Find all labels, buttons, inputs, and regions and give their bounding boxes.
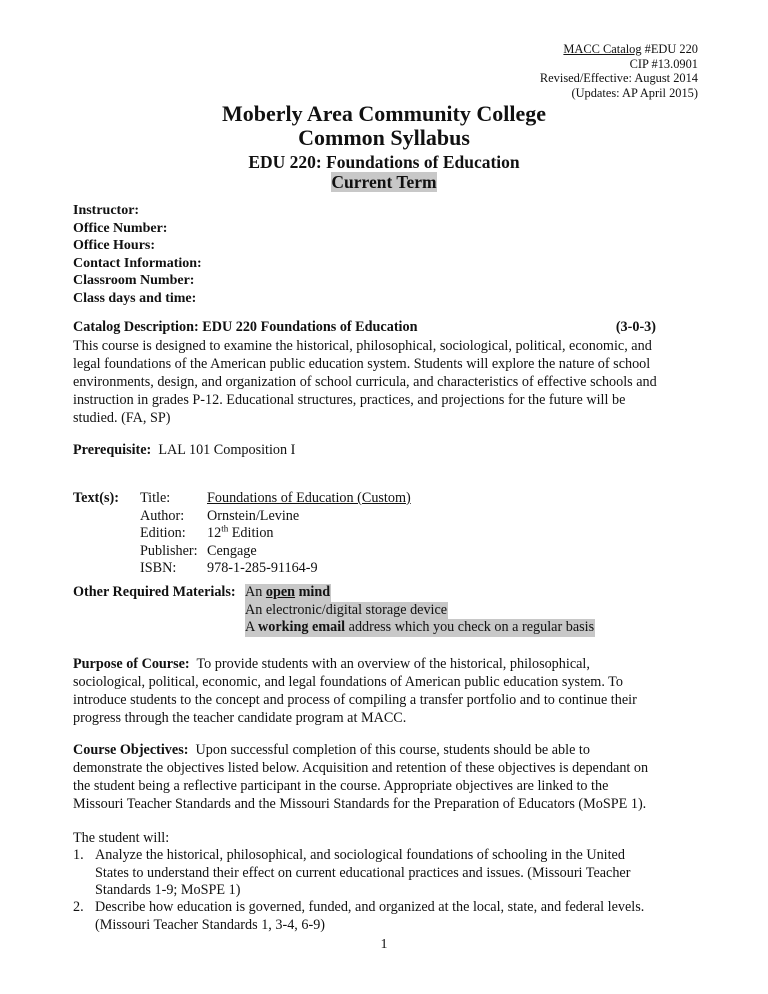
instructor-fields: Instructor: Office Number: Office Hours:…: [73, 202, 202, 307]
revised-date: Revised/Effective: August 2014: [540, 71, 698, 86]
emphasis-mind: mind: [295, 584, 330, 600]
text-line: progress through the teacher candidate p…: [73, 709, 698, 727]
text-line: studied. (FA, SP): [73, 409, 698, 427]
texts-label: Text(s):: [73, 490, 119, 508]
college-name: Moberly Area Community College: [0, 102, 768, 126]
course-objectives: Course Objectives: Upon successful compl…: [73, 741, 698, 813]
row-key: Publisher:: [140, 543, 198, 561]
text-fragment: To provide students with an overview of …: [190, 656, 590, 672]
field-classroom-number: Classroom Number:: [73, 272, 202, 290]
text-line: sociological, political, economic, and l…: [73, 673, 698, 691]
textbook-title: Foundations of Education (Custom): [207, 490, 411, 508]
text-fragment: An: [245, 584, 266, 600]
header-meta: MACC Catalog #EDU 220 CIP #13.0901 Revis…: [540, 42, 698, 100]
row-key: Author:: [140, 508, 184, 526]
current-term: Current Term: [331, 172, 436, 192]
cip-code: CIP #13.0901: [540, 57, 698, 72]
text-line: the student being a reflective participa…: [73, 777, 698, 795]
objective-text: Analyze the historical, philosophical, a…: [95, 847, 630, 900]
document-type: Common Syllabus: [0, 126, 768, 150]
text-line: Describe how education is governed, fund…: [95, 899, 644, 917]
catalog-number: #EDU 220: [642, 42, 698, 56]
text-fragment: Upon successful completion of this cours…: [188, 742, 590, 758]
text-line: Analyze the historical, philosophical, a…: [95, 847, 630, 865]
text-line: introduce students to the concept and pr…: [73, 691, 698, 709]
text-fragment: address which you check on a regular bas…: [345, 619, 594, 635]
text-line: States to understand their effect on cur…: [95, 865, 630, 883]
textbook-edition: 12th Edition: [207, 525, 274, 543]
textbook-isbn: 978-1-285-91164-9: [207, 560, 318, 578]
objective-number: 2.: [73, 899, 84, 917]
objective-text: Describe how education is governed, fund…: [95, 899, 644, 934]
course-objectives-label: Course Objectives:: [73, 742, 188, 758]
field-contact-information: Contact Information:: [73, 255, 202, 273]
text-line: demonstrate the objectives listed below.…: [73, 759, 698, 777]
row-key: Title:: [140, 490, 170, 508]
text-line: Purpose of Course: To provide students w…: [73, 655, 698, 673]
text-line: environments, design, and organization o…: [73, 373, 698, 391]
catalog-description-label: Catalog Description: EDU 220 Foundations…: [73, 319, 417, 335]
catalog-description-text: This course is designed to examine the h…: [73, 337, 698, 427]
material-item: An open mind: [245, 584, 331, 602]
emphasis-working-email: working email: [258, 619, 345, 635]
text-line: This course is designed to examine the h…: [73, 337, 698, 355]
title-block: Moberly Area Community College Common Sy…: [0, 102, 768, 150]
material-item: An electronic/digital storage device: [245, 602, 448, 620]
field-instructor: Instructor:: [73, 202, 202, 220]
row-key: Edition:: [140, 525, 186, 543]
text-line: legal foundations of the American public…: [73, 355, 698, 373]
text-fragment: A: [245, 619, 258, 635]
field-office-hours: Office Hours:: [73, 237, 202, 255]
text-line: Course Objectives: Upon successful compl…: [73, 741, 698, 759]
catalog-number-line: MACC Catalog #EDU 220: [540, 42, 698, 57]
text-line: instruction in grades P-12. Educational …: [73, 391, 698, 409]
credit-hours: (3-0-3): [616, 319, 656, 336]
text-line: Missouri Teacher Standards and the Misso…: [73, 795, 698, 813]
text-line: Standards 1-9; MoSPE 1): [95, 882, 630, 900]
prerequisite-label: Prerequisite:: [73, 442, 151, 458]
field-office-number: Office Number:: [73, 220, 202, 238]
catalog-description-heading: Catalog Description: EDU 220 Foundations…: [73, 319, 698, 336]
emphasis-open: open: [266, 584, 295, 600]
catalog-label: MACC Catalog: [563, 42, 641, 56]
material-item: A working email address which you check …: [245, 619, 595, 637]
updates-note: (Updates: AP April 2015): [540, 86, 698, 101]
course-title-block: EDU 220: Foundations of Education Curren…: [0, 153, 768, 192]
purpose-label: Purpose of Course:: [73, 656, 190, 672]
other-materials-label: Other Required Materials:: [73, 584, 236, 602]
purpose-of-course: Purpose of Course: To provide students w…: [73, 655, 698, 727]
objectives-intro: The student will:: [73, 829, 698, 847]
page-number: 1: [0, 937, 768, 953]
edition-word: Edition: [228, 525, 273, 541]
field-class-days-time: Class days and time:: [73, 290, 202, 308]
textbook-publisher: Cengage: [207, 543, 257, 561]
prerequisite-value: LAL 101 Composition I: [151, 442, 295, 458]
prerequisite: Prerequisite: LAL 101 Composition I: [73, 441, 698, 459]
edition-number: 12: [207, 525, 221, 541]
row-key: ISBN:: [140, 560, 176, 578]
objective-number: 1.: [73, 847, 84, 865]
text-line: (Missouri Teacher Standards 1, 3-4, 6-9): [95, 917, 644, 935]
syllabus-page: MACC Catalog #EDU 220 CIP #13.0901 Revis…: [0, 0, 768, 994]
course-title: EDU 220: Foundations of Education: [0, 153, 768, 173]
